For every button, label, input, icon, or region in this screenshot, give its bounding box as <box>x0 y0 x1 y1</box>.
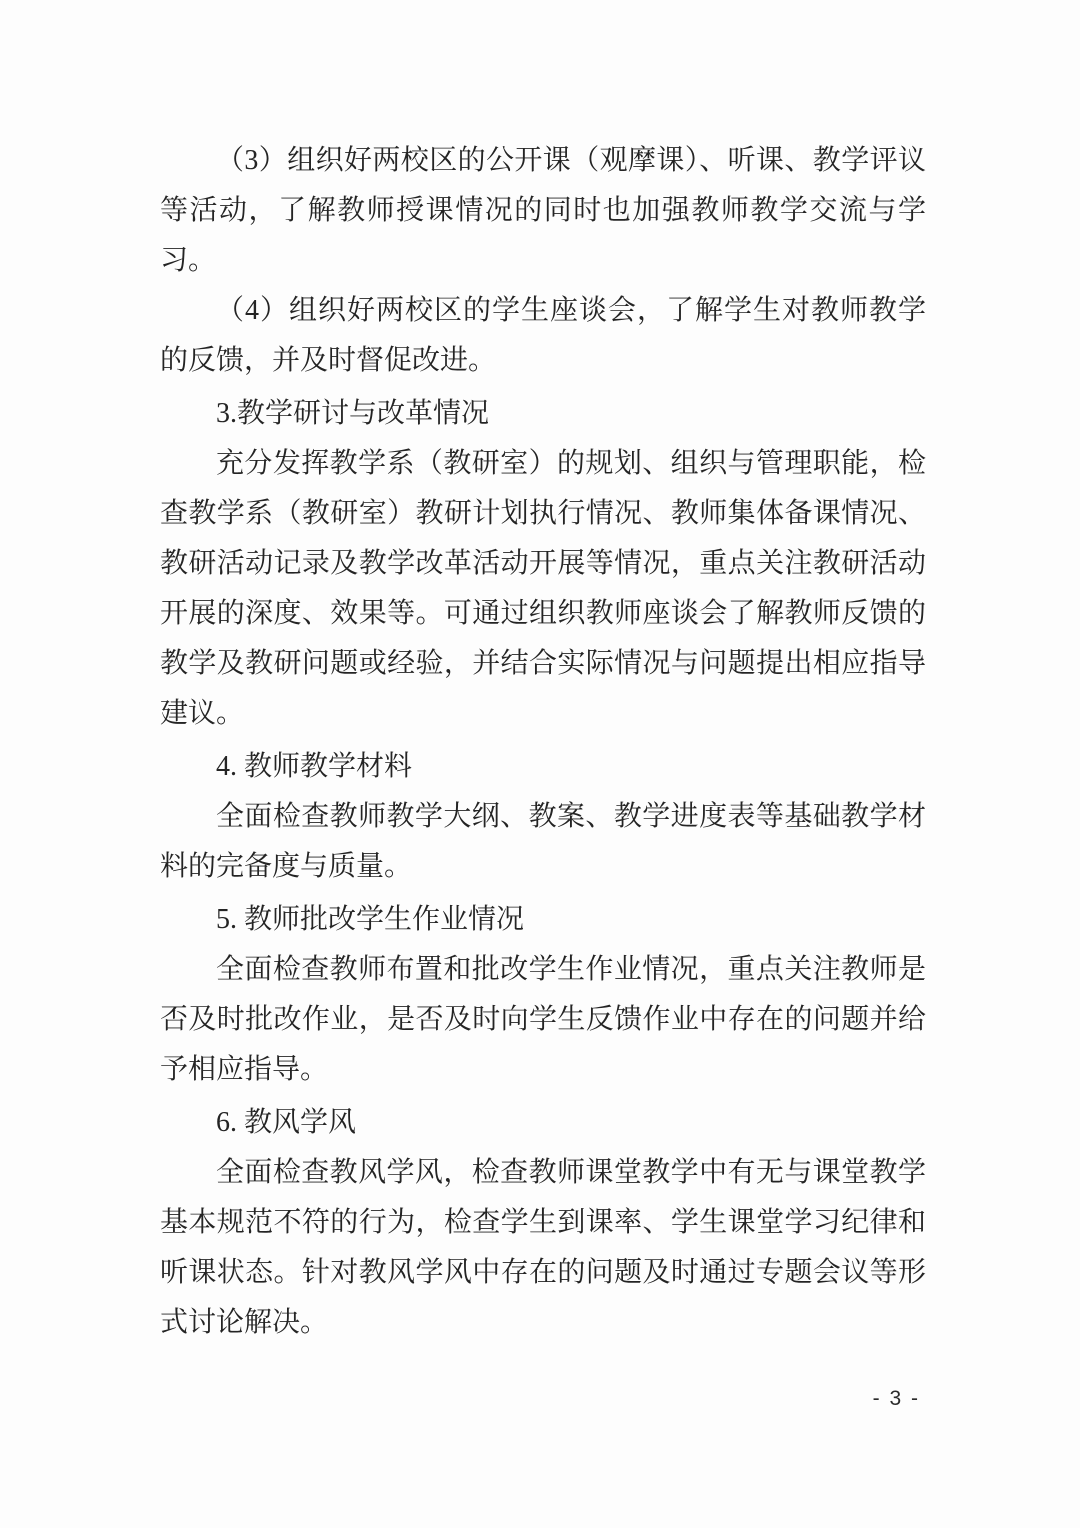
section-heading-5: 5. 教师批改学生作业情况 <box>160 895 926 945</box>
page-number: - 3 - <box>873 1386 920 1412</box>
paragraph-section-3: 充分发挥教学系（教研室）的规划、组织与管理职能，检查教学系（教研室）教研计划执行… <box>160 439 926 739</box>
paragraph-section-5: 全面检查教师布置和批改学生作业情况，重点关注教师是否及时批改作业，是否及时向学生… <box>160 945 926 1095</box>
paragraph-section-6: 全面检查教风学风，检查教师课堂教学中有无与课堂教学基本规范不符的行为，检查学生到… <box>160 1148 926 1348</box>
paragraph-item-4: （4）组织好两校区的学生座谈会，了解学生对教师教学的反馈，并及时督促改进。 <box>160 286 926 386</box>
section-heading-6: 6. 教风学风 <box>160 1098 926 1148</box>
document-body: （3）组织好两校区的公开课（观摩课）、听课、教学评议等活动，了解教师授课情况的同… <box>160 136 926 1348</box>
paragraph-section-4: 全面检查教师教学大纲、教案、教学进度表等基础教学材料的完备度与质量。 <box>160 792 926 892</box>
document-page: （3）组织好两校区的公开课（观摩课）、听课、教学评议等活动，了解教师授课情况的同… <box>0 0 1080 1528</box>
paragraph-item-3: （3）组织好两校区的公开课（观摩课）、听课、教学评议等活动，了解教师授课情况的同… <box>160 136 926 286</box>
section-heading-4: 4. 教师教学材料 <box>160 742 926 792</box>
section-heading-3: 3.教学研讨与改革情况 <box>160 389 926 439</box>
